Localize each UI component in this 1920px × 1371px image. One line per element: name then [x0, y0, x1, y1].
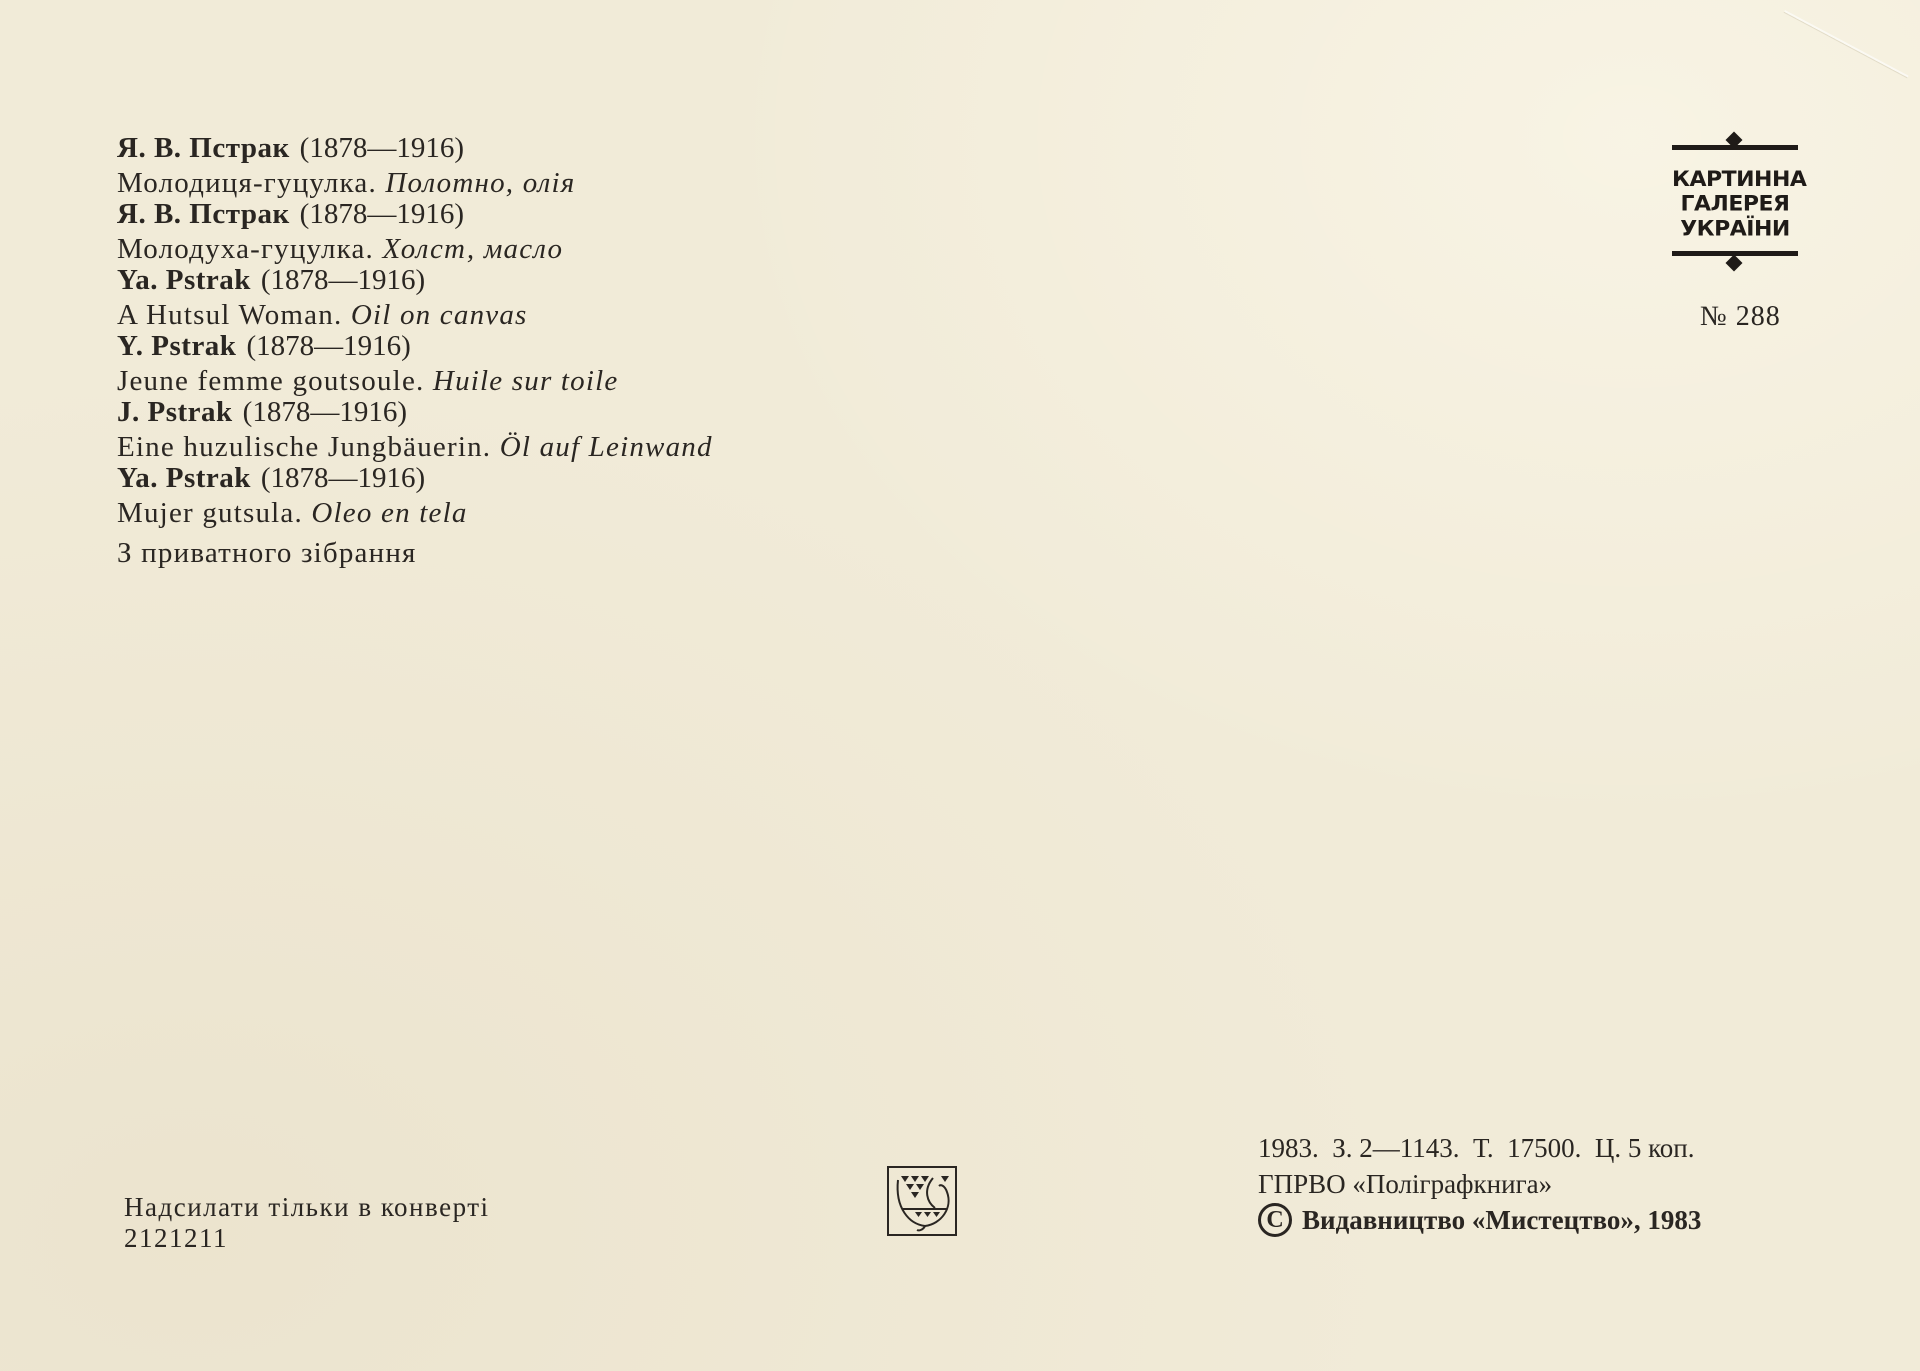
dates: (1878—1916) [261, 264, 425, 296]
publisher-bird-emblem-icon [887, 1166, 957, 1236]
dates: (1878—1916) [300, 132, 464, 164]
catalog-code: 2121211 [124, 1223, 490, 1254]
series-logo-text: КАРТИННА ГАЛЕРЕЯ УКРАЇНИ [1672, 168, 1798, 242]
author: J. Pstrak [117, 396, 233, 428]
medium: Полотно, олія [385, 167, 575, 199]
artwork-title: A Hutsul Woman. [117, 299, 342, 331]
caption-entry-fr: Y. Pstrak(1878—1916) Jeune femme goutsou… [117, 329, 713, 398]
logo-rule-top [1672, 145, 1798, 150]
author: Я. В. Пстрак [117, 198, 290, 230]
medium: Oil on canvas [351, 299, 528, 331]
author: Y. Pstrak [117, 330, 236, 362]
caption-entry-uk: Я. В. Пстрак(1878—1916) Молодиця-гуцулка… [117, 131, 713, 200]
publisher-imprint: 1983. З. 2—1143. Т. 17500. Ц. 5 коп. ГПР… [1258, 1130, 1701, 1238]
dates: (1878—1916) [261, 462, 425, 494]
dates: (1878—1916) [246, 330, 410, 362]
copyright-icon: C [1258, 1203, 1292, 1237]
artwork-title: Mujer gutsula. [117, 497, 303, 529]
medium: Холст, масло [382, 233, 563, 265]
caption-block: Я. В. Пстрак(1878—1916) Молодиця-гуцулка… [117, 131, 713, 571]
artwork-title: Eine huzulische Jungbäuerin. [117, 431, 491, 463]
publisher: Видавництво «Мистецтво», 1983 [1302, 1202, 1701, 1238]
author: Ya. Pstrak [117, 264, 251, 296]
artwork-title: Jeune femme goutsoule. [117, 365, 424, 397]
mailing-instruction: Надсилати тільки в конверті [124, 1192, 490, 1223]
logo-line-1: КАРТИННА [1672, 168, 1798, 193]
logo-line-2: ГАЛЕРЕЯ [1672, 193, 1798, 218]
author: Я. В. Пстрак [117, 132, 290, 164]
caption-entry-de: J. Pstrak(1878—1916) Eine huzulische Jun… [117, 395, 713, 464]
caption-entry-ru: Я. В. Пстрак(1878—1916) Молодуха-гуцулка… [117, 197, 713, 266]
artwork-title: Молодуха-гуцулка. [117, 233, 374, 265]
mailing-note: Надсилати тільки в конверті 2121211 [124, 1192, 490, 1254]
series-logo: КАРТИННА ГАЛЕРЕЯ УКРАЇНИ [1672, 130, 1798, 270]
caption-entry-en: Ya. Pstrak(1878—1916) A Hutsul Woman. Oi… [117, 263, 713, 332]
logo-line-3: УКРАЇНИ [1672, 217, 1798, 242]
medium: Huile sur toile [433, 365, 619, 397]
collection-note: З приватного зібрання [117, 536, 713, 571]
copyright-line: C Видавництво «Мистецтво», 1983 [1258, 1202, 1701, 1238]
medium: Öl auf Leinwand [500, 431, 713, 463]
ornament-diamond-icon [1726, 255, 1743, 272]
medium: Oleo en tela [311, 497, 467, 529]
dates: (1878—1916) [300, 198, 464, 230]
dates: (1878—1916) [243, 396, 407, 428]
artwork-title: Молодиця-гуцулка. [117, 167, 377, 199]
card-number: № 288 [1700, 301, 1781, 333]
printer: ГПРВО «Поліграфкнига» [1258, 1166, 1701, 1202]
print-details: 1983. З. 2—1143. Т. 17500. Ц. 5 коп. [1258, 1130, 1701, 1166]
caption-entry-es: Ya. Pstrak(1878—1916) Mujer gutsula. Ole… [117, 461, 713, 530]
author: Ya. Pstrak [117, 462, 251, 494]
